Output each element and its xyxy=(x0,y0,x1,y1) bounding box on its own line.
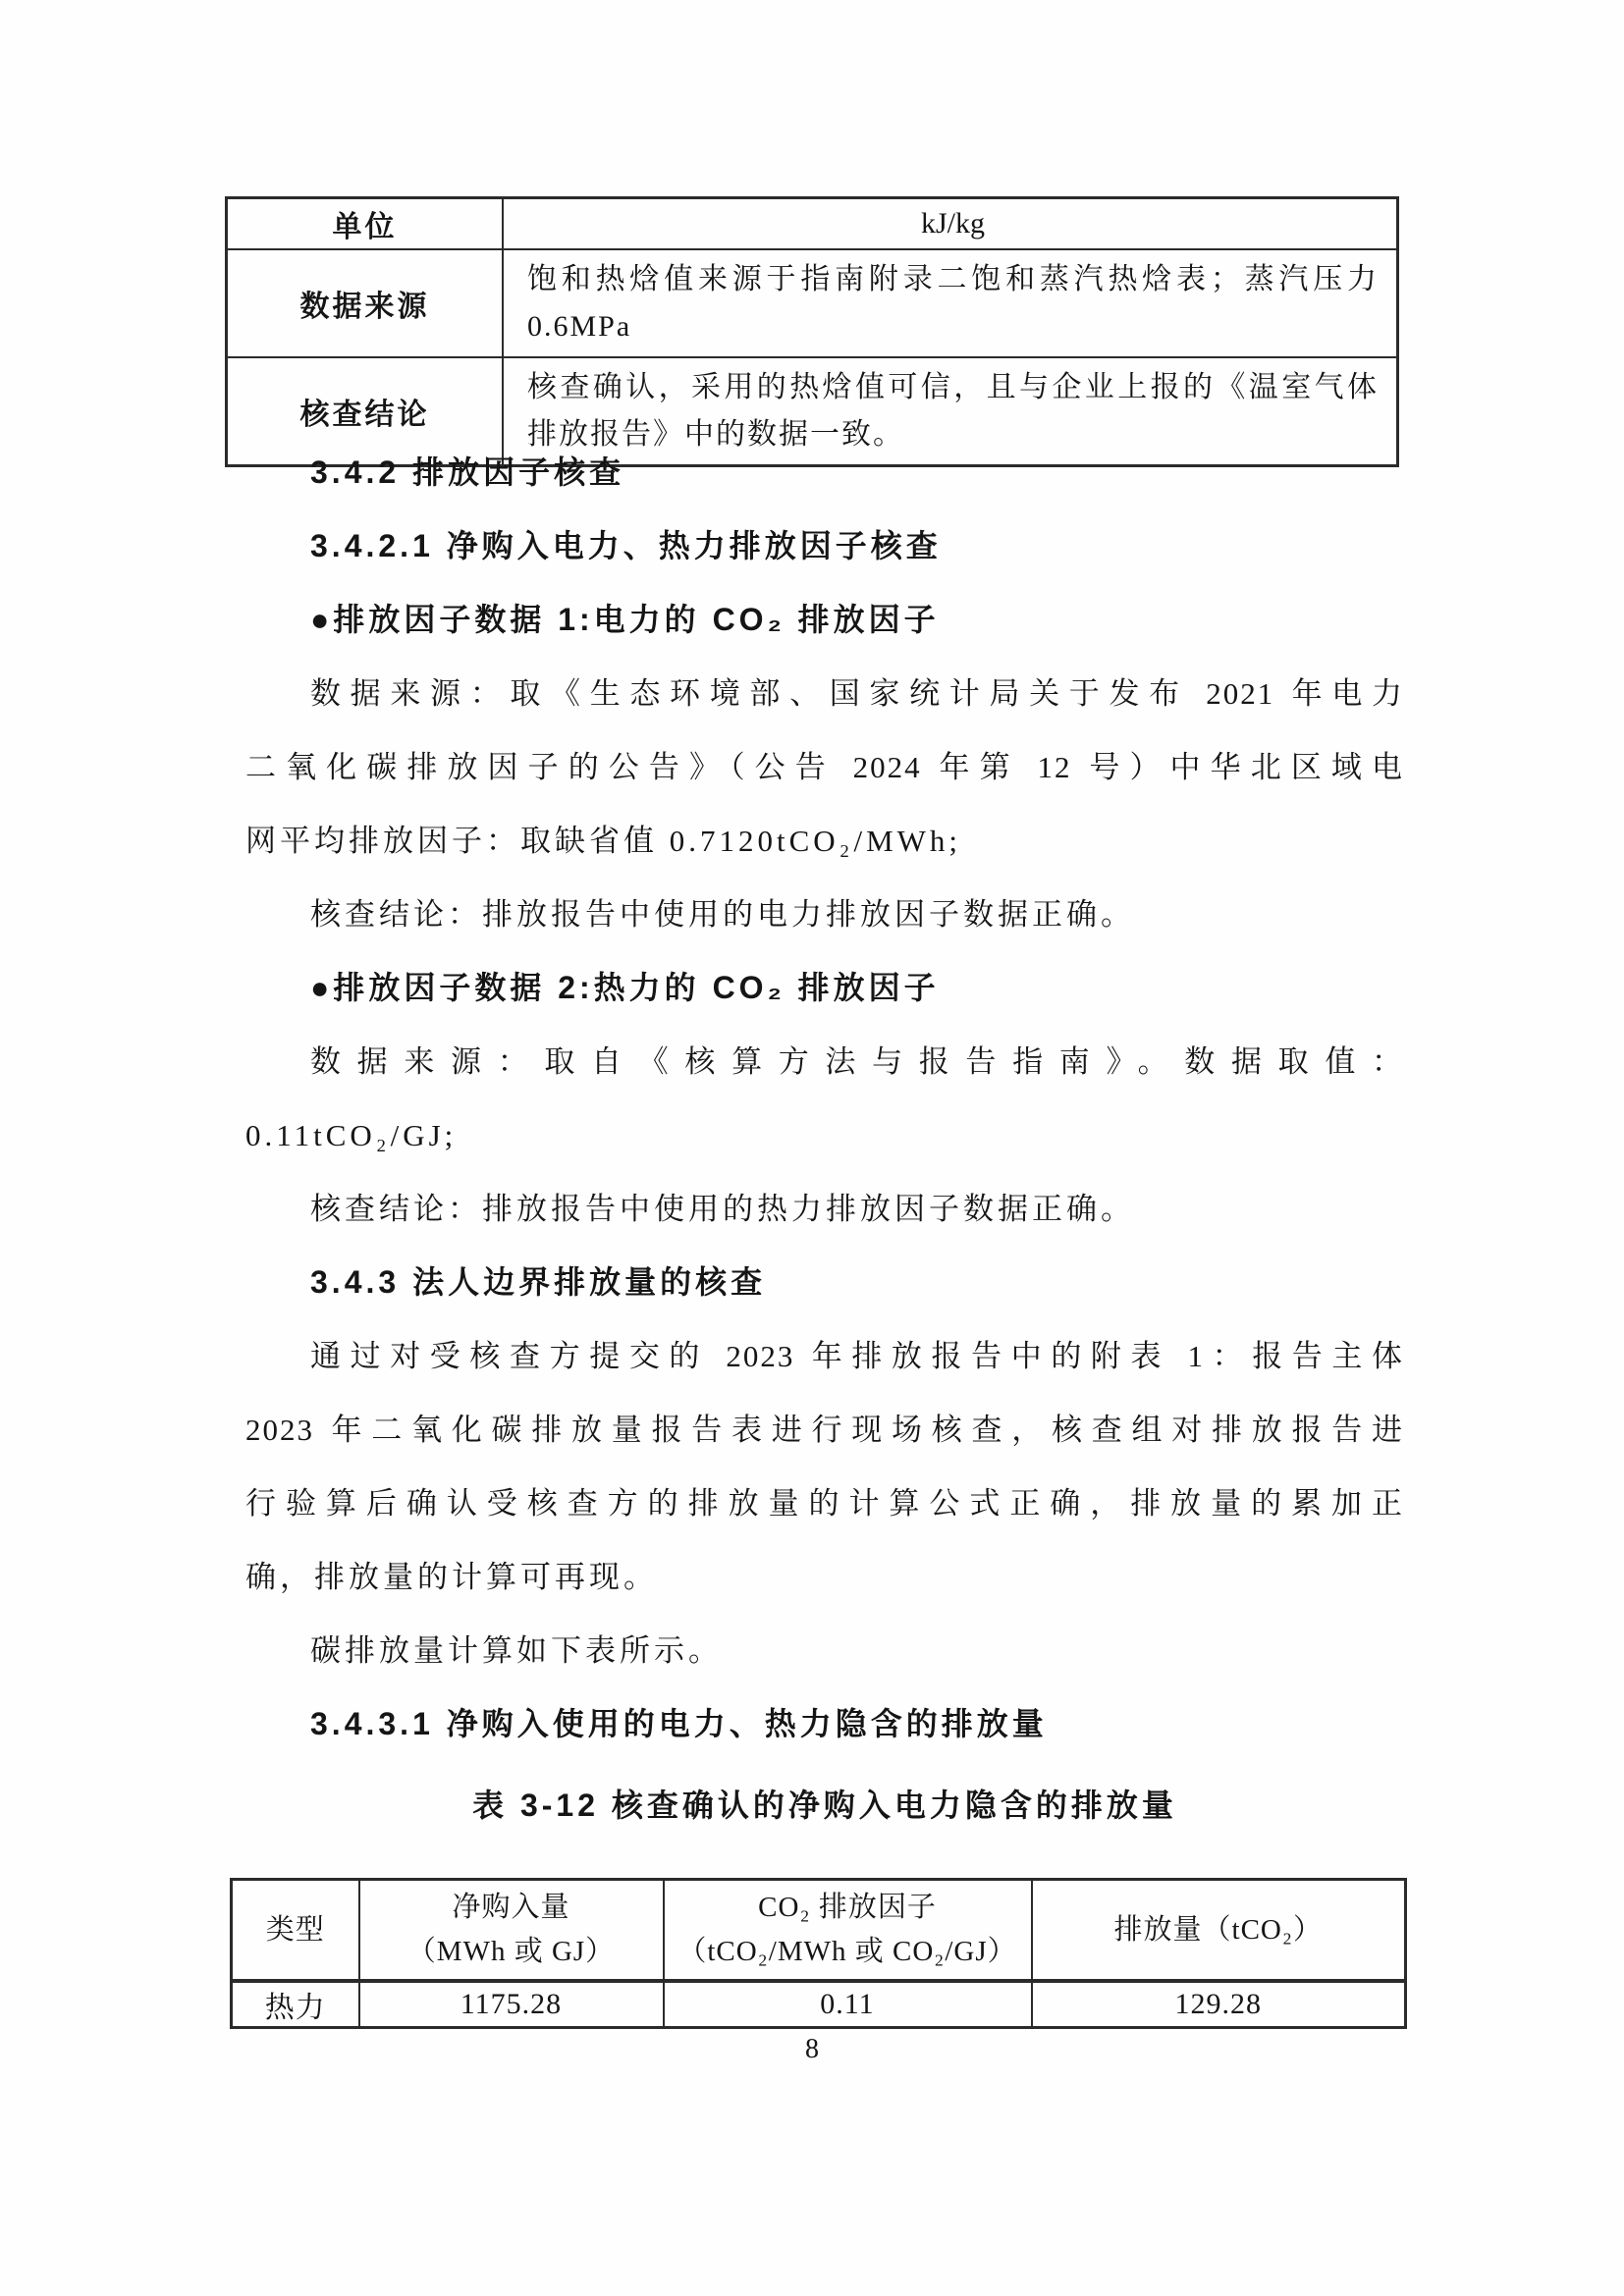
paragraph-line: 通过对受核查方提交的 2023 年排放报告中的附表 1：报告主体 xyxy=(245,1319,1404,1393)
emission-table-header-row: 类型 净购入量 （MWh 或 GJ） CO₂ 排放因子 （tCO₂/MWh 或 … xyxy=(232,1880,1406,1982)
document-body: 3.4.2 排放因子核查 3.4.2.1 净购入电力、热力排放因子核查 ●排放因… xyxy=(245,436,1404,1842)
header-text-line: CO₂ 排放因子 xyxy=(665,1886,1031,1930)
paragraph-line: 网平均排放因子：取缺省值 0.7120tCO₂/MWh; xyxy=(245,804,1404,878)
paragraph-line: 2023 年二氧化碳排放量报告表进行现场核查，核查组对排放报告进 xyxy=(245,1393,1404,1467)
header-cell-purchase: 净购入量 （MWh 或 GJ） xyxy=(359,1880,664,1982)
header-text-line: 净购入量 xyxy=(360,1886,663,1930)
paragraph-line: 数据来源：取《生态环境部、国家统计局关于发布 2021 年电力 xyxy=(245,657,1404,730)
emission-table-data-row: 热力 1175.28 0.11 129.28 xyxy=(232,1981,1406,2028)
table-row-unit: 单位 kJ/kg xyxy=(227,198,1398,249)
cell-text-line: 饱和热焓值来源于指南附录二饱和蒸汽热焓表；蒸汽压力 xyxy=(527,256,1379,303)
paragraph-line: 确，排放量的计算可再现。 xyxy=(245,1540,1404,1614)
table-row-data-source: 数据来源 饱和热焓值来源于指南附录二饱和蒸汽热焓表；蒸汽压力 0.6MPa xyxy=(227,249,1398,357)
cell-text-line: 0.6MPa xyxy=(527,303,1379,350)
header-cell-type: 类型 xyxy=(232,1880,359,1982)
paragraph-line: 行验算后确认受核查方的排放量的计算公式正确，排放量的累加正 xyxy=(245,1467,1404,1540)
cell-type: 热力 xyxy=(232,1981,359,2028)
cell-text-line: 核查确认，采用的热焓值可信，且与企业上报的《温室气体 xyxy=(527,364,1379,411)
row-value-data-source: 饱和热焓值来源于指南附录二饱和蒸汽热焓表；蒸汽压力 0.6MPa xyxy=(503,249,1398,357)
row-label-unit: 单位 xyxy=(227,198,504,249)
header-cell-emission: 排放量（tCO₂） xyxy=(1032,1880,1406,1982)
heading-3-4-3: 3.4.3 法人边界排放量的核查 xyxy=(245,1246,1404,1319)
conclusion-heat: 核查结论：排放报告中使用的热力排放因子数据正确。 xyxy=(245,1172,1404,1246)
heading-3-4-3-1: 3.4.3.1 净购入使用的电力、热力隐含的排放量 xyxy=(245,1687,1404,1761)
paragraph-line: 二氧化碳排放因子的公告》（公告 2024 年第 12 号）中华北区域电 xyxy=(245,730,1404,804)
row-label-data-source: 数据来源 xyxy=(227,249,504,357)
heading-3-4-2: 3.4.2 排放因子核查 xyxy=(245,436,1404,509)
heading-3-4-2-1: 3.4.2.1 净购入电力、热力排放因子核查 xyxy=(245,509,1404,583)
header-text-line: （MWh 或 GJ） xyxy=(360,1930,663,1974)
cell-purchase: 1175.28 xyxy=(359,1981,664,2028)
page-number: 8 xyxy=(0,2030,1624,2069)
paragraph-line: 0.11tCO₂/GJ; xyxy=(245,1098,1404,1172)
emission-table: 类型 净购入量 （MWh 或 GJ） CO₂ 排放因子 （tCO₂/MWh 或 … xyxy=(230,1878,1407,2029)
table-caption-3-12: 表 3-12 核查确认的净购入电力隐含的排放量 xyxy=(245,1769,1404,1842)
row-value-unit: kJ/kg xyxy=(503,198,1398,249)
paragraph-line: 数据来源：取自《核算方法与报告指南》。数据取值： xyxy=(245,1025,1404,1098)
paragraph-line: 碳排放量计算如下表所示。 xyxy=(245,1614,1404,1687)
header-text-line: 排放量（tCO₂） xyxy=(1033,1908,1405,1952)
document-page: 单位 kJ/kg 数据来源 饱和热焓值来源于指南附录二饱和蒸汽热焓表；蒸汽压力 … xyxy=(0,0,1624,2296)
header-cell-factor: CO₂ 排放因子 （tCO₂/MWh 或 CO₂/GJ） xyxy=(664,1880,1032,1982)
cell-emission: 129.28 xyxy=(1032,1981,1406,2028)
header-text-line: （tCO₂/MWh 或 CO₂/GJ） xyxy=(665,1930,1031,1974)
cell-factor: 0.11 xyxy=(664,1981,1032,2028)
header-text-line: 类型 xyxy=(233,1908,358,1952)
conclusion-electricity: 核查结论：排放报告中使用的电力排放因子数据正确。 xyxy=(245,878,1404,951)
bullet-emission-factor-2: ●排放因子数据 2:热力的 CO₂ 排放因子 xyxy=(245,951,1404,1025)
attribute-table: 单位 kJ/kg 数据来源 饱和热焓值来源于指南附录二饱和蒸汽热焓表；蒸汽压力 … xyxy=(225,196,1399,467)
bullet-emission-factor-1: ●排放因子数据 1:电力的 CO₂ 排放因子 xyxy=(245,583,1404,657)
